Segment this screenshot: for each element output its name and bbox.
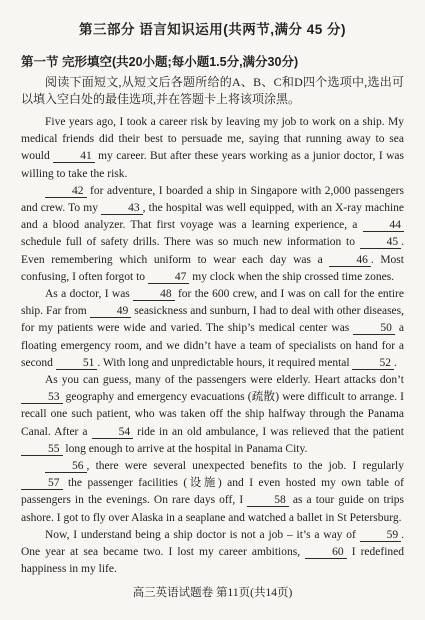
cloze-blank-53: 53 — [21, 391, 63, 404]
cloze-blank-44: 44 — [363, 219, 405, 232]
cloze-blank-52: 52 — [352, 357, 394, 370]
passage-paragraph: As a doctor, I was 48 for the 600 crew, … — [21, 286, 404, 372]
cloze-blank-50: 50 — [353, 322, 395, 335]
part-title: 第三部分 语言知识运用(共两节,满分 45 分) — [21, 18, 404, 38]
passage-paragraph: Five years ago, I took a career risk by … — [21, 114, 404, 183]
cloze-blank-60: 60 — [305, 546, 347, 559]
cloze-passage: Five years ago, I took a career risk by … — [21, 114, 404, 578]
section-title: 第一节 完形填空(共20小题;每小题1.5分,满分30分) — [21, 52, 404, 70]
passage-paragraph: 56, there were several unexpected benefi… — [21, 458, 404, 527]
cloze-blank-47: 47 — [148, 271, 190, 284]
cloze-blank-41: 41 — [53, 150, 95, 163]
cloze-blank-55: 55 — [21, 443, 63, 456]
cloze-blank-49: 49 — [90, 305, 132, 318]
cloze-blank-42: 42 — [45, 185, 87, 198]
cloze-blank-48: 48 — [133, 288, 175, 301]
passage-paragraph: 42 for adventure, I boarded a ship in Si… — [21, 183, 404, 286]
instructions-text: 阅读下面短文,从短文后各题所给的A、B、C和D四个选项中,选出可以填入空白处的最… — [21, 74, 404, 108]
cloze-blank-58: 58 — [247, 494, 289, 507]
cloze-blank-54: 54 — [92, 426, 134, 439]
passage-paragraph: As you can guess, many of the passengers… — [21, 372, 404, 458]
cloze-blank-43: 43 — [101, 202, 143, 215]
cloze-blank-45: 45 — [360, 236, 402, 249]
cloze-blank-46: 46 — [329, 254, 371, 267]
exam-page: 第三部分 语言知识运用(共两节,满分 45 分) 第一节 完形填空(共20小题;… — [0, 0, 425, 620]
cloze-blank-57: 57 — [21, 477, 63, 490]
cloze-blank-51: 51 — [56, 357, 98, 370]
page-footer: 高三英语试题卷 第11页(共14页) — [0, 584, 425, 600]
passage-paragraph: Now, I understand being a ship doctor is… — [21, 527, 404, 579]
cloze-blank-59: 59 — [360, 529, 402, 542]
cloze-blank-56: 56 — [45, 460, 87, 473]
